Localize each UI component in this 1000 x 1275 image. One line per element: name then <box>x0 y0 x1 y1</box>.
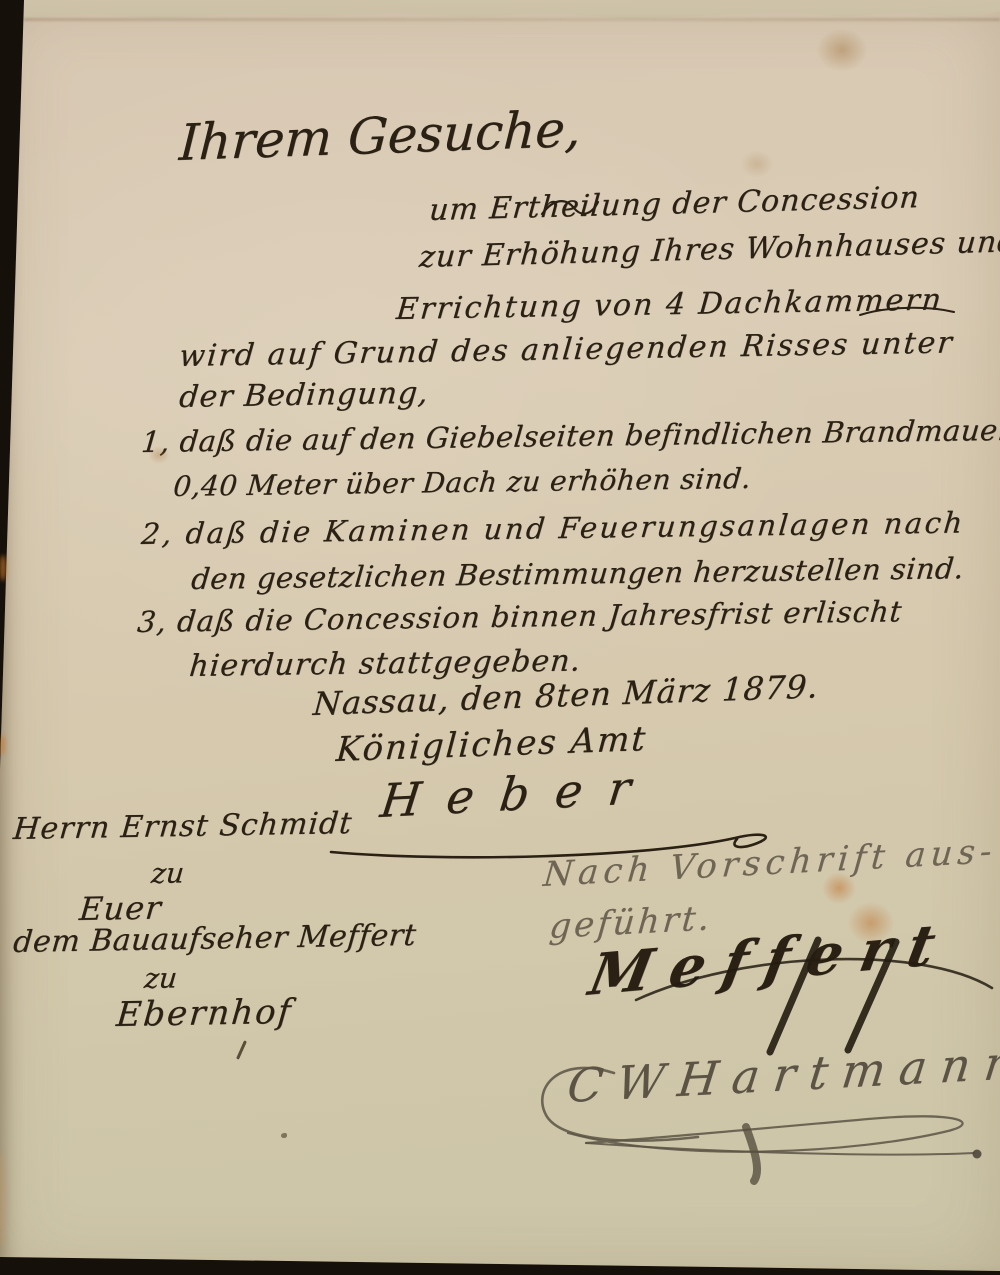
condition-line: den gesetzlichen Bestimmungen herzustell… <box>190 554 965 594</box>
torn-edge-shadow <box>24 18 1000 21</box>
grant-line: wird auf Grund des anliegenden Risses un… <box>178 328 955 372</box>
address-line: zu <box>143 964 178 993</box>
condition-line: 1, daß die auf den Giebelseiten befindli… <box>140 416 1000 457</box>
edge-glint <box>0 1150 5 1250</box>
address-line: Herrn Ernst Schmidt <box>12 809 354 845</box>
official-signature: Heber <box>378 763 659 824</box>
ink-speck <box>236 1040 247 1059</box>
edge-glint <box>0 555 6 581</box>
address-line: zu <box>150 859 185 888</box>
condition-line: 0,40 Meter über Dach zu erhöhen sind. <box>172 465 752 501</box>
edge-glint <box>0 735 5 755</box>
countersignature-flourish <box>528 1055 998 1190</box>
line-tail-swash <box>858 302 958 320</box>
address-line: Ebernhof <box>115 995 294 1032</box>
letter-page: Ihrem Gesuche, um Ertheilung der Concess… <box>0 0 1000 1275</box>
petition-line: zur Erhöhung Ihres Wohnhauses und <box>418 227 1000 273</box>
foxing-stain <box>740 150 774 178</box>
address-line: dem Bauaufseher Meffert <box>12 921 418 958</box>
address-line: Euer <box>78 892 163 925</box>
foxing-stain <box>816 28 868 72</box>
ink-speck <box>281 1133 287 1138</box>
salutation-line: Ihrem Gesuche, <box>178 104 582 168</box>
issuer-line: Königliches Amt <box>335 722 648 767</box>
condition-line: 3, daß die Concession binnen Jahresfrist… <box>136 597 904 637</box>
condition-line: 2, daß die Kaminen und Feuerungsanlagen … <box>140 508 966 549</box>
petition-line: um Ertheilung der Concession <box>428 183 921 226</box>
grant-line: der Bedingung, <box>178 379 430 413</box>
